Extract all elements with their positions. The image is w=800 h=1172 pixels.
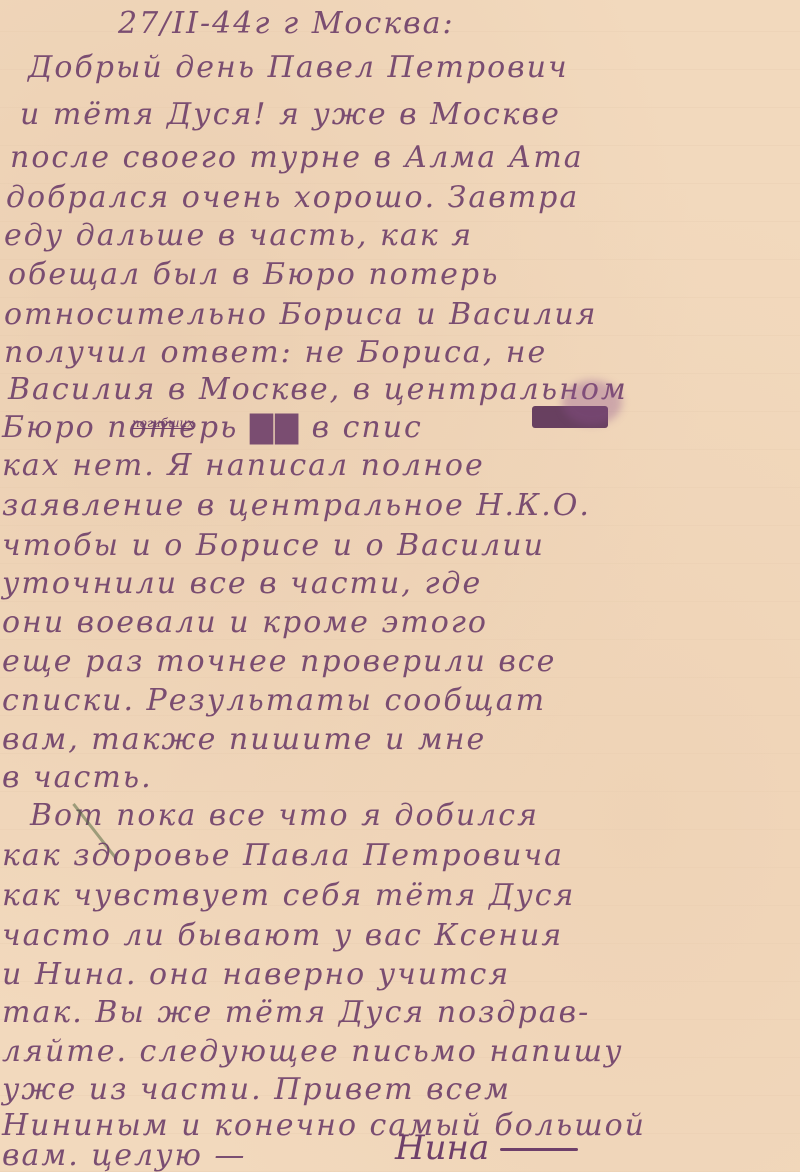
letter-line: получил ответ: не Бориса, не bbox=[4, 335, 547, 370]
letter-line: Вот пока все что я добился bbox=[30, 798, 539, 833]
letter-line: Бюро потерь ▇▇ в спис bbox=[2, 410, 423, 445]
date-and-place: 27/ІІ-44г г Москва: bbox=[118, 6, 455, 41]
letter-line: еду дальше в часть, как я bbox=[4, 218, 473, 253]
letter-line: и Нина. она наверно учится bbox=[2, 957, 510, 992]
letter-line: как здоровье Павла Петровича bbox=[2, 838, 564, 873]
letter-line: они воевали и кроме этого bbox=[2, 605, 488, 640]
letter-line: и тётя Дуся! я уже в Москве bbox=[20, 97, 561, 132]
letter-line: после своего турне в Алма Ата bbox=[10, 140, 584, 175]
letter-line: списки. Результаты сообщат bbox=[2, 683, 546, 718]
letter-line: уточнили все в части, где bbox=[2, 566, 482, 601]
letter-line: заявление в центральное Н.К.О. bbox=[2, 488, 591, 523]
letter-line: чтобы и о Борисе и о Василии bbox=[2, 528, 545, 563]
letter-line: относительно Бориса и Василия bbox=[4, 297, 598, 332]
letter-line: обещал был в Бюро потерь bbox=[8, 257, 499, 292]
letter-line: добрался очень хорошо. Завтра bbox=[6, 180, 579, 215]
inserted-word-annotation: погибших bbox=[132, 416, 194, 430]
letter-line: в часть. bbox=[2, 760, 153, 795]
letter-line: часто ли бывают у вас Ксения bbox=[2, 918, 563, 953]
signature-flourish bbox=[500, 1148, 578, 1151]
letter-line: так. Вы же тётя Дуся поздрав- bbox=[2, 995, 590, 1030]
letter-line: вам, также пишите и мне bbox=[2, 722, 486, 757]
letter-line: ляйте. следующее письмо напишу bbox=[2, 1034, 623, 1069]
letter-line: ках нет. Я написал полное bbox=[2, 448, 485, 483]
handwritten-letter: 27/ІІ-44г г Москва: Добрый день Павел Пе… bbox=[0, 0, 800, 1172]
letter-line: как чувствует себя тётя Дуся bbox=[2, 878, 575, 913]
letter-line: Василия в Москве, в центральном bbox=[8, 372, 628, 407]
signature: Нина bbox=[395, 1128, 489, 1168]
letter-line: Добрый день Павел Петрович bbox=[28, 50, 569, 85]
letter-line: уже из части. Привет всем bbox=[2, 1072, 511, 1107]
ink-stain bbox=[562, 380, 622, 425]
letter-line: вам. целую — bbox=[2, 1138, 246, 1172]
letter-line: еще раз точнее проверили все bbox=[2, 644, 556, 679]
